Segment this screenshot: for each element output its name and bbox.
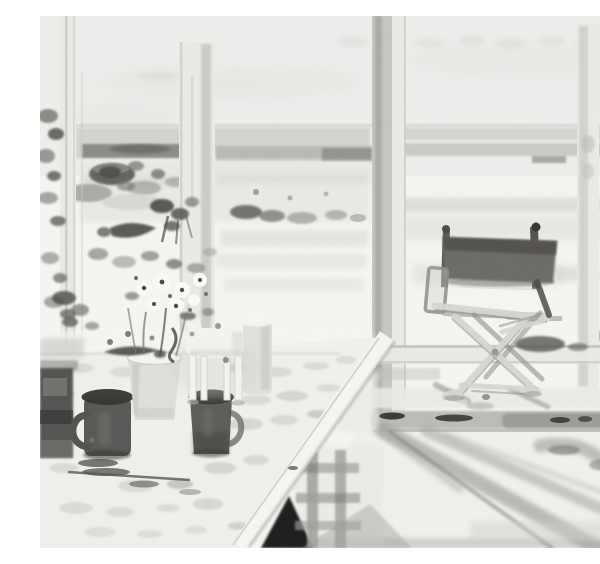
watercolor-painting <box>40 16 600 548</box>
painting-canvas <box>40 16 600 548</box>
paper-grain-overlay <box>40 16 600 548</box>
